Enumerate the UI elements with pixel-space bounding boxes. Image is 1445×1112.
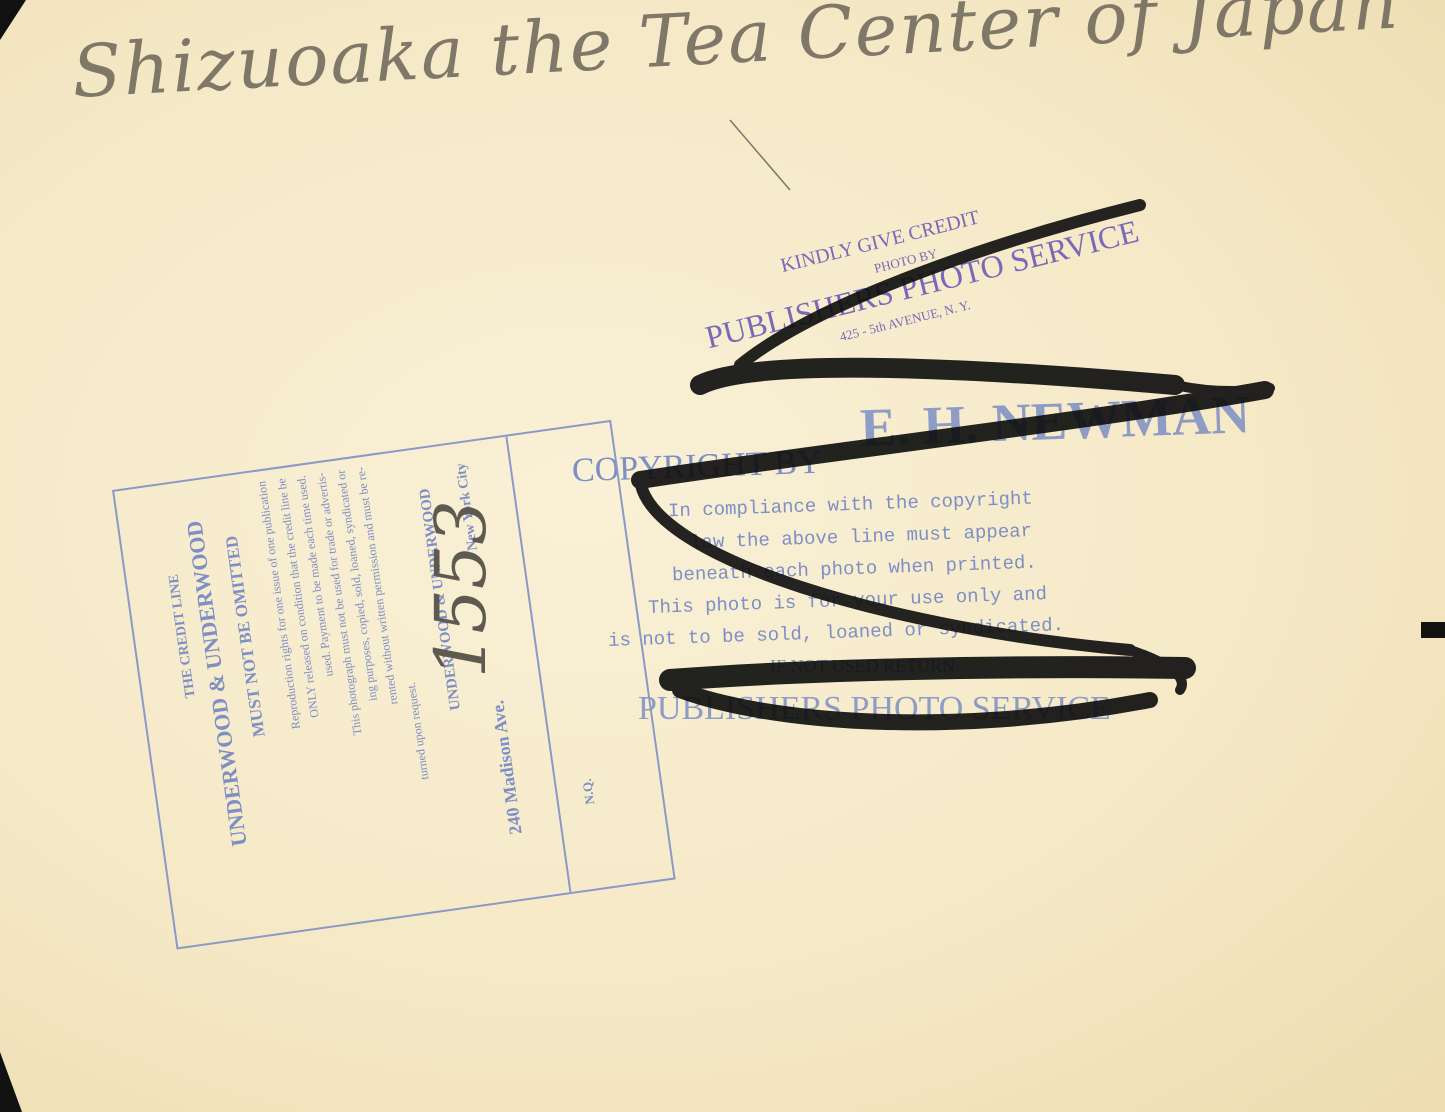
torn-corner-top-left	[0, 0, 26, 40]
underwood-term-7: turned upon request.	[404, 681, 433, 780]
torn-corner-bottom-left	[0, 1052, 22, 1112]
copyright-line-3: beneath each photo when printed.	[672, 552, 1037, 587]
copyright-name: E. H. NEWMAN	[859, 383, 1251, 459]
pencil-catalog-number: 1553	[420, 500, 502, 678]
edge-notch-right	[1421, 622, 1445, 638]
publishers-credit-stamp: KINDLY GIVE CREDIT PHOTO BY PUBLISHERS P…	[686, 147, 1173, 423]
handwritten-caption: Shizuoaka the Tea Center of Japan	[70, 0, 1402, 114]
copyright-line-1: In compliance with the copyright	[668, 488, 1033, 523]
copyright-line-2: law the above line must appear	[690, 520, 1033, 554]
underwood-code: N.Q.	[579, 778, 598, 806]
underwood-credit-stamp: THE CREDIT LINE UNDERWOOD & UNDERWOOD MU…	[112, 420, 676, 950]
pencil-stroke	[730, 120, 790, 190]
copyright-line-4: This photo is for your use only and	[648, 583, 1048, 619]
copyright-line-5: is not to be sold, loaned or syndicated.	[608, 614, 1065, 652]
underwood-address: 240 Madison Ave.	[487, 699, 527, 836]
photo-back-document: Shizuoaka the Tea Center of Japan KINDLY…	[0, 0, 1445, 1112]
copyright-line-7: PUBLISHERS PHOTO SERVICE	[638, 690, 1111, 728]
copyright-line-6: IF NOT USED RETURN	[770, 656, 955, 677]
